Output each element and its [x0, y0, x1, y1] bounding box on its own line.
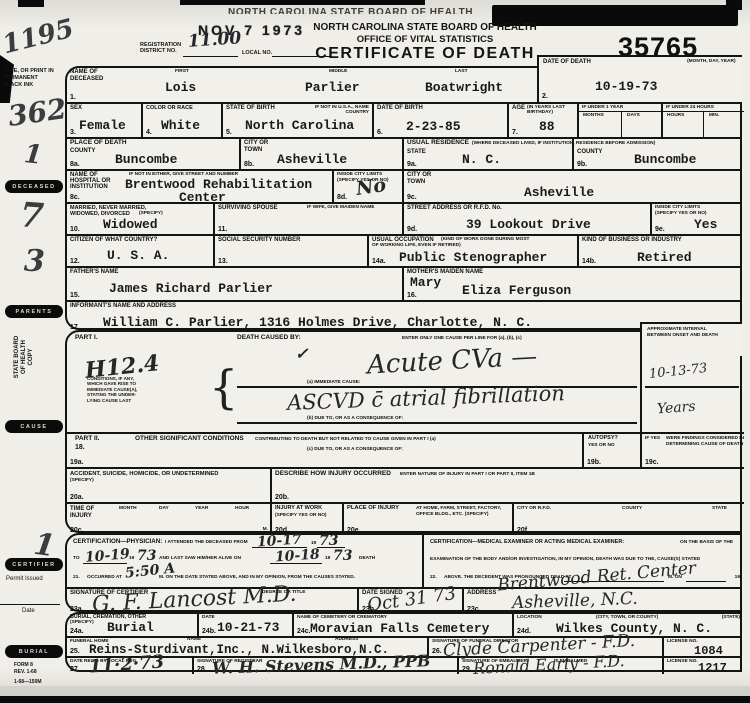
mother-value-1: Mary [410, 275, 441, 290]
item-9c: 9c. [407, 194, 417, 201]
item-25: 25. [70, 648, 80, 655]
copy-designation: STATE BOARD OF HEALTH COPY [14, 322, 35, 392]
icl-handwritten-value: No [355, 174, 388, 200]
field-occupation: USUAL OCCUPATION (KIND OF WORK DONE DURI… [367, 236, 577, 266]
work-label: INJURY AT WORK [275, 506, 322, 511]
how-injury-label: DESCRIBE HOW INJURY OCCURRED [275, 471, 391, 478]
field-time-of-injury: TIME OF INJURY MONTH DAY YEAR HOUR 20c. … [67, 504, 270, 535]
marital-sublabel: (SPECIFY) [139, 211, 163, 216]
office-name: OFFICE OF VITAL STATISTICS [280, 34, 570, 45]
copy-line-2: OF HEALTH [21, 322, 28, 392]
form-number-block: FORM 8 REV. 1-68 1-68—150M [14, 662, 42, 686]
reg-district-line [183, 56, 238, 57]
cause-a-interval-line [645, 386, 739, 388]
item-5: 5. [226, 129, 232, 136]
burial-loc-sublabel: (CITY, TOWN, OR COUNTY) [596, 615, 658, 620]
item-8c: 8c. [70, 194, 80, 201]
margin-rule [0, 604, 60, 605]
item-4: 4. [146, 129, 152, 136]
cemetery-label: NAME OF CEMETERY OR CREMATORY [297, 615, 387, 620]
citizen-value: U. S. A. [107, 248, 169, 263]
tab-cause: CAUSE [5, 420, 63, 433]
item-16: 16. [407, 292, 417, 299]
icl2-label: INSIDE CITY LIMITS [655, 205, 700, 210]
cause-b-interval: Years [656, 399, 696, 418]
funeral-home-addr-col: ADDRESS [335, 637, 358, 642]
tab-parents: PARENTS [5, 305, 63, 318]
burial-loc-label: LOCATION [517, 615, 542, 620]
form-revision: REV. 1-68 [14, 669, 42, 676]
field-residence-county: COUNTY 9b. Buncombe [572, 139, 744, 169]
field-burial-cremation: BURIAL, CREMATION, OTHER (SPECIFY) 24a. … [67, 614, 197, 636]
residence-city-label-2: TOWN [407, 179, 425, 186]
part1-caused-by: DEATH CAUSED BY: [237, 335, 301, 342]
tab-certifier-label: CERTIFIER [12, 562, 55, 568]
accident-label: ACCIDENT, SUICIDE, HOMICIDE, OR UNDETERM… [70, 471, 218, 478]
sob-label: STATE OF BIRTH [226, 105, 275, 112]
first-name-value: Lois [165, 80, 196, 95]
tab-burial-label: BURIAL [19, 649, 49, 655]
field-name-of-deceased: NAME OF DECEASED FIRST MIDDLE LAST 1. Lo… [67, 68, 539, 102]
item-19c: 19c. [645, 459, 659, 466]
dod-sublabel: (MONTH, DAY, YEAR) [687, 59, 736, 64]
toi-month: MONTH [119, 506, 137, 511]
item-1: 1. [70, 94, 76, 101]
item-20b: 20b. [275, 494, 289, 501]
field-marital-status: MARRIED, NEVER MARRIED, WIDOWED, DIVORCE… [67, 204, 213, 234]
local-no-label: LOCAL NO. [242, 50, 272, 56]
occupation-value: Public Stenographer [399, 250, 547, 265]
residence-state-value: N. C. [462, 152, 501, 167]
phys-19-2: 19 [129, 556, 134, 561]
loc-city-label: CITY OR R.F.D. [517, 506, 551, 511]
sob-sublabel: IF NOT IN U.S.A., NAME COUNTRY [307, 105, 369, 115]
local-no-line [272, 56, 332, 57]
item-24c: 24c. [297, 628, 311, 635]
field-color-or-race: COLOR OR RACE 4. White [141, 104, 221, 137]
item-14b: 14b. [582, 258, 596, 265]
tab-certifier: CERTIFIER [5, 558, 63, 571]
hospital-label-3: INSTITUTION [70, 184, 108, 191]
reg-label-2: DISTRICT NO. [140, 48, 181, 54]
under24-hours: HOURS [667, 113, 684, 118]
phys-alive-year: 73 [333, 548, 352, 564]
type-print-note: TYPE, OR PRINT IN PERMANENT BLACK INK [3, 68, 54, 89]
under1-rule [579, 111, 663, 112]
dod-label: DATE OF DEATH [543, 59, 591, 66]
loc-county-label: COUNTY [622, 506, 642, 511]
toi-label-2: INJURY [70, 513, 92, 520]
autopsy-sublabel: YES OR NO [588, 443, 615, 448]
tab-burial: BURIAL [5, 645, 63, 658]
cause-b-line [237, 422, 637, 424]
item-24d: 24d. [517, 628, 531, 635]
item-9b: 9b. [577, 161, 587, 168]
interval-header-box: APPROXIMATE INTERVAL BETWEEN ONSET AND D… [640, 322, 742, 356]
field-if-under-24-hours: IF UNDER 24 HOURS HOURS MIN. [661, 104, 742, 137]
item-15: 15. [70, 292, 80, 299]
phys-occurred-label: OCCURRED AT [87, 575, 122, 580]
field-state-of-birth: STATE OF BIRTH IF NOT IN U.S.A., NAME CO… [221, 104, 372, 137]
field-surviving-spouse: SURVIVING SPOUSE IF WIFE, GIVE MAIDEN NA… [213, 204, 402, 234]
field-street-address: STREET ADDRESS OR R.F.D. No. 9d. 39 Look… [402, 204, 650, 234]
phys-to-label: TO [73, 556, 80, 561]
item-10: 10. [70, 226, 80, 233]
interval-label-1: APPROXIMATE INTERVAL [647, 327, 707, 332]
name-label-1: NAME OF [70, 69, 98, 76]
work-sublabel: (SPECIFY YES OR NO) [275, 513, 327, 518]
tab-cause-label: CAUSE [20, 424, 47, 430]
spouse-sublabel: IF WIFE, GIVE MAIDEN NAME [307, 205, 374, 210]
toi-year: YEAR [195, 506, 208, 511]
loc-state-label: STATE [712, 506, 727, 511]
interval-label-2: BETWEEN ONSET AND DEATH [647, 333, 718, 338]
toi-hour: HOUR [235, 506, 249, 511]
field-place-of-injury: PLACE OF INJURY AT HOME, FARM, STREET, F… [342, 504, 512, 535]
pod-label: PLACE OF DEATH [70, 140, 127, 147]
phys-t3: M. ON THE DATE STATED ABOVE, AND IN MY O… [159, 575, 355, 580]
field-how-injury: DESCRIBE HOW INJURY OCCURRED ENTER NATUR… [270, 469, 744, 502]
under24-divider [703, 112, 704, 139]
conditions-note: CONDITIONS, IF ANY, WHICH GAVE RISE TO I… [87, 376, 137, 403]
poi-sublabel-2: OFFICE BLDG., ETC. (SPECIFY) [416, 512, 489, 517]
accident-row: ACCIDENT, SUICIDE, HOMICIDE, OR UNDETERM… [67, 467, 744, 502]
field-mother-name: MOTHER'S MAIDEN NAME 16. Mary Eliza Ferg… [402, 268, 744, 300]
dob-value: 2-23-85 [406, 119, 461, 134]
occupation-sublabel-1: (KIND OF WORK DONE DURING MOST [441, 237, 529, 242]
item-24a: 24a. [70, 628, 84, 635]
ghost-header-clipped: NORTH CAROLINA STATE BOARD OF HEALTH [228, 4, 528, 14]
pod-city-label-2: TOWN [244, 147, 262, 154]
field-registrar-signature: SIGNATURE OF REGISTRAR 28. W. H. Stevens… [192, 658, 457, 674]
note-line-3: BLACK INK [3, 82, 54, 89]
phys-cert-label: CERTIFICATION—PHYSICIAN: [73, 539, 162, 546]
copy-line-3: COPY [28, 322, 35, 392]
cause-a-label: (a) IMMEDIATE CAUSE: [307, 380, 360, 385]
father-value: James Richard Parlier [109, 281, 273, 296]
item-3: 3. [70, 129, 76, 136]
col-middle: MIDDLE [329, 69, 347, 74]
field-injury-at-work: INJURY AT WORK (SPECIFY YES OR NO) 20d. [270, 504, 342, 535]
field-business: KIND OF BUSINESS OR INDUSTRY 14b. Retire… [577, 236, 744, 266]
how-injury-sublabel: ENTER NATURE OF INJURY IN PART I OR PART… [400, 472, 535, 477]
accident-sublabel: (SPECIFY) [70, 478, 94, 483]
phys-to-line [83, 563, 127, 564]
item-2: 2. [542, 93, 548, 100]
father-label: FATHER'S NAME [70, 269, 118, 276]
spouse-label: SURVIVING SPOUSE [218, 205, 278, 212]
middle-name-value: Parlier [305, 80, 360, 95]
residence-city-label-1: CITY OR [407, 172, 431, 179]
item-27: 27. [70, 666, 80, 673]
field-physician-certification: CERTIFICATION—PHYSICIAN: I ATTENDED THE … [67, 535, 422, 587]
burial-loc-state-sublabel: (STATE) [722, 615, 740, 620]
scan-artifact-corner [726, 0, 742, 10]
license-1-value: 1084 [694, 644, 723, 658]
item-6: 6. [377, 129, 383, 136]
sob-value: North Carolina [245, 118, 354, 133]
field-injury-location: CITY OR R.F.D. COUNTY STATE 20f. [512, 504, 744, 535]
citizen-label: CITIZEN OF WHAT COUNTRY? [70, 237, 157, 244]
field-license-1: LICENSE NO. 1084 [662, 638, 744, 656]
under24-min: MIN. [709, 113, 719, 118]
tab-deceased-label: DECEASED [12, 184, 55, 190]
item-11: 11. [218, 226, 227, 233]
me-t1: ON THE BASIS OF THE [680, 540, 733, 545]
age-value: 88 [539, 119, 555, 134]
under1-days: DAYS [627, 113, 640, 118]
copy-line-1: STATE BOARD [14, 322, 21, 392]
license-2-label: LICENSE NO. [667, 659, 698, 664]
field-age: AGE (IN YEARS LAST BIRTHDAY) 7. 88 [507, 104, 577, 137]
col-last: LAST [455, 69, 468, 74]
section-cause: APPROXIMATE INTERVAL BETWEEN ONSET AND D… [65, 330, 742, 533]
field-residence-state: USUAL RESIDENCE (WHERE DECEASED LIVED, I… [402, 139, 572, 169]
injury-time-row: TIME OF INJURY MONTH DAY YEAR HOUR 20c. … [67, 502, 744, 535]
address-label: ADDRESS [467, 590, 496, 597]
last-name-value: Boatwright [425, 80, 503, 95]
residence-label: USUAL RESIDENCE [407, 140, 469, 147]
business-value: Retired [637, 250, 692, 265]
license-2-value: 1217 [698, 661, 727, 675]
me-blank-2 [686, 581, 726, 582]
part2-row: PART II. OTHER SIGNIFICANT CONDITIONS CO… [67, 432, 744, 467]
part2-sublabel: CONTRIBUTING TO DEATH BUT NOT RELATED TO… [255, 437, 436, 442]
date-label: Date [22, 608, 35, 614]
item-19b: 19b. [587, 459, 601, 466]
cemetery-value: Moravian Falls Cemetery [310, 621, 489, 636]
brace: { [209, 360, 238, 414]
item-29: 29. [462, 666, 472, 673]
ghost-header-text: NORTH CAROLINA STATE BOARD OF HEALTH [228, 7, 473, 14]
burial-date-value: 10-21-73 [217, 620, 279, 635]
poi-label: PLACE OF INJURY [347, 506, 399, 511]
pod-city-label-1: CITY OR [244, 140, 268, 147]
toi-day: DAY [159, 506, 169, 511]
cause-a-value: Acute CVa — [366, 342, 538, 381]
field-accident-suicide: ACCIDENT, SUICIDE, HOMICIDE, OR UNDETERM… [67, 469, 270, 502]
item-19a: 19a. [70, 459, 84, 466]
icl2-value: Yes [694, 217, 717, 232]
phys-death-word: DEATH [359, 556, 375, 561]
sex-value: Female [79, 118, 126, 133]
field-sex: SEX 3. Female [67, 104, 141, 137]
note-line-1: TYPE, OR PRINT IN [3, 68, 54, 75]
pod-city-value: Asheville [277, 152, 347, 167]
margin-pencil-1: 1 [22, 139, 43, 171]
field-license-2: LICENSE NO. 1217 [662, 658, 744, 674]
age-sublabel: (IN YEARS LAST BIRTHDAY) [527, 105, 575, 115]
field-findings: IF YES WERE FINDINGS CONSIDERED IN DETER… [640, 434, 744, 467]
autopsy-label: AUTOPSY? [588, 436, 618, 441]
poi-sublabel-1: AT HOME, FARM, STREET, FACTORY, [416, 506, 501, 511]
field-father-name: FATHER'S NAME 15. James Richard Parlier [67, 268, 402, 300]
item-22: 22. [430, 575, 437, 580]
item-14a: 14a. [372, 258, 386, 265]
registration-district-value: 11.00 [187, 28, 241, 52]
margin-pencil-3: 3 [23, 244, 45, 280]
field-date-received: DATE REC'D BY LOCAL REG. 27. 11·2·73 [67, 658, 192, 674]
mother-value-2: Eliza Ferguson [462, 283, 571, 298]
item-9a: 9a. [407, 161, 417, 168]
item-20a: 20a. [70, 494, 84, 501]
item-28: 28. [197, 666, 207, 673]
phys-alive-line [270, 563, 322, 564]
race-value: White [161, 118, 200, 133]
dob-label: DATE OF BIRTH [377, 105, 423, 112]
under1-label: IF UNDER 1 YEAR [582, 105, 623, 110]
part1-label: PART I. [75, 335, 98, 342]
field-hospital: NAME OF HOSPITAL OR INSTITUTION IF NOT I… [67, 171, 332, 202]
interval-column-divider [640, 356, 642, 434]
field-inside-city-limits-8d: INSIDE CITY LIMITS (SPECIFY YES OR NO) 8… [332, 171, 402, 202]
section-certifier: CERTIFICATION—PHYSICIAN: I ATTENDED THE … [65, 533, 742, 612]
item-13: 13. [218, 258, 228, 265]
occupation-sublabel-2: OF WORKING LIFE, EVEN IF RETIRED) [372, 243, 461, 248]
me-19: 19 [735, 575, 740, 580]
item-9d: 9d. [407, 226, 417, 233]
field-funeral-director-signature: SIGNATURE OF FUNERAL DIRECTOR 26. Clyde … [427, 638, 662, 656]
icl2-sublabel: (SPECIFY YES OR NO) [655, 211, 707, 216]
ssn-label: SOCIAL SECURITY NUMBER [218, 237, 300, 244]
marital-value: Widowed [103, 217, 158, 232]
residence-county-label: COUNTY [577, 149, 602, 156]
note-line-2: PERMANENT [3, 75, 54, 82]
scan-edge-shadow [0, 686, 750, 696]
field-ssn: SOCIAL SECURITY NUMBER 13. [213, 236, 367, 266]
registration-district-label: REGISTRATION DISTRICT NO. [140, 42, 181, 54]
tab-deceased: DECEASED [5, 180, 63, 193]
name-label-2: DECEASED [70, 76, 103, 83]
informant-value: William C. Parlier, 1316 Holmes Drive, C… [103, 315, 532, 330]
field-residence-city: CITY OR TOWN 9c. Asheville [402, 171, 744, 202]
org-name: NORTH CAROLINA STATE BOARD OF HEALTH [280, 22, 570, 33]
death-certificate-scan: NORTH CAROLINA STATE BOARD OF HEALTH NOV… [0, 0, 750, 703]
street-value: 39 Lookout Drive [466, 217, 591, 232]
me-cert-label: CERTIFICATION—MEDICAL EXAMINER OR ACTING… [430, 540, 624, 545]
permit-issued-label: Permit Issued [6, 576, 43, 582]
field-if-under-1-year: IF UNDER 1 YEAR MONTHS DAYS [577, 104, 661, 137]
field-pod-city: CITY OR TOWN 8b. Asheville [239, 139, 402, 169]
item-8a: 8a. [70, 161, 80, 168]
burial-sublabel: (SPECIFY) [70, 620, 94, 625]
residence-county-value: Buncombe [634, 152, 696, 167]
business-label: KIND OF BUSINESS OR INDUSTRY [582, 237, 682, 244]
pod-county-value: Buncombe [115, 152, 177, 167]
under24-rule [663, 111, 744, 112]
race-label: COLOR OR RACE [146, 105, 193, 112]
under24-label: IF UNDER 24 HOURS [666, 105, 714, 110]
sex-label: SEX [70, 105, 82, 112]
pod-county-label: COUNTY [70, 148, 95, 155]
part2-title: OTHER SIGNIFICANT CONDITIONS [135, 436, 244, 443]
section-deceased: NAME OF DECEASED FIRST MIDDLE LAST 1. Lo… [65, 66, 742, 330]
part1-per-line-note: ENTER ONLY ONE CAUSE PER LINE FOR (a), (… [402, 336, 522, 341]
margin-pencil-362: 362 [6, 92, 68, 133]
field-date-of-birth: DATE OF BIRTH 6. 2-23-85 [372, 104, 507, 137]
cause-b-label: (b) DUE TO, OR AS A CONSEQUENCE OF: [307, 416, 403, 421]
checkmark: ✓ [295, 344, 308, 363]
cause-a-interval: 10-13-73 [648, 361, 708, 382]
hospital-value-2: Center [179, 190, 226, 205]
dod-value: 10-19-73 [595, 79, 657, 94]
phys-19-3: 19 [325, 556, 330, 561]
margin-pencil-7: 7 [19, 195, 45, 237]
item-7: 7. [512, 129, 518, 136]
form-title: CERTIFICATE OF DEATH [280, 45, 570, 63]
residence-city-value: Asheville [524, 185, 594, 200]
part2-label: PART II. [75, 436, 99, 443]
date-received-value: 11·2·73 [88, 651, 164, 677]
section-burial: BURIAL, CREMATION, OTHER (SPECIFY) 24a. … [65, 612, 742, 672]
age-label: AGE [512, 105, 525, 112]
field-date-of-death: DATE OF DEATH (MONTH, DAY, YEAR) 2. 10-1… [537, 55, 742, 102]
phys-19-1: 19 [311, 541, 316, 546]
item-21: 21. [73, 575, 80, 580]
under1-months: MONTHS [583, 113, 604, 118]
findings-label-2: WERE FINDINGS CONSIDERED IN [666, 436, 744, 441]
item-26: 26. [432, 648, 442, 655]
item-8d: 8d. [337, 194, 347, 201]
residence-state-label: STATE [407, 149, 426, 156]
field-pod-county: PLACE OF DEATH COUNTY 8a. Buncombe [67, 139, 239, 169]
phys-t1: I ATTENDED THE DECEASED FROM [165, 540, 248, 545]
under1-divider [621, 112, 622, 139]
field-citizen: CITIZEN OF WHAT COUNTRY? 12. U. S. A. [67, 236, 213, 266]
street-label: STREET ADDRESS OR R.F.D. No. [407, 205, 502, 212]
scan-bottom-bar [0, 696, 750, 703]
col-first: FIRST [175, 69, 189, 74]
funeral-home-name-col: NAME [187, 637, 201, 642]
findings-label-1: IF YES [645, 436, 660, 441]
field-inside-city-limits-9e: INSIDE CITY LIMITS (SPECIFY YES OR NO) 9… [650, 204, 744, 234]
item-9e: 9e. [655, 226, 665, 233]
toi-m-suffix: M. [263, 527, 268, 532]
item-8b: 8b. [244, 161, 254, 168]
field-cemetery: NAME OF CEMETERY OR CREMATORY 24c. Morav… [292, 614, 512, 636]
field-burial-date: DATE 24b. 10-21-73 [197, 614, 292, 636]
field-autopsy: AUTOPSY? YES OR NO 19b. [582, 434, 640, 467]
field-part2-conditions: PART II. OTHER SIGNIFICANT CONDITIONS CO… [67, 434, 582, 467]
item-12: 12. [70, 258, 80, 265]
toi-label-1: TIME OF [70, 506, 94, 513]
field-embalmer-signature: SIGNATURE OF EMBALMER IF EMBALMED 29. Ro… [457, 658, 662, 674]
burial-date-label: DATE [202, 615, 215, 620]
print-code: 1-68—150M [14, 679, 42, 686]
margin-pencil-1195: 1195 [0, 14, 77, 61]
findings-label-3: DETERMINING CAUSE OF DEATH [666, 442, 743, 447]
cond-5: LYING CAUSE LAST [87, 398, 137, 403]
informant-label: INFORMANT'S NAME AND ADDRESS [70, 303, 176, 310]
item-24b: 24b. [202, 628, 216, 635]
scan-artifact-mark [18, 0, 44, 7]
burial-value: Burial [107, 620, 154, 635]
tab-parents-label: PARENTS [15, 309, 52, 315]
cond-4: STATING THE UNDER- [87, 392, 137, 397]
